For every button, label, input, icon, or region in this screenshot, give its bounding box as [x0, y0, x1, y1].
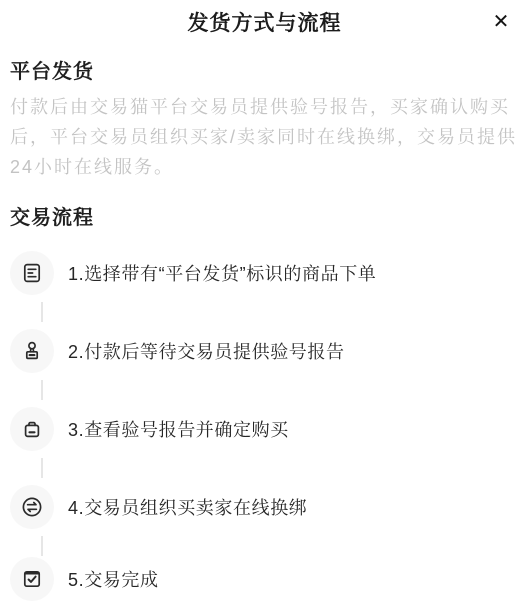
modal-content: 平台发货 付款后由交易猫平台交易员提供验号报告，买家确认购买后，平台交易员组织买…: [0, 58, 529, 612]
process-step-1: 1.选择带有“平台发货”标识的商品下单: [10, 234, 519, 312]
process-step-label: 5.交易完成: [68, 566, 159, 592]
swap-arrows-icon: [10, 485, 54, 529]
order-document-icon: [10, 251, 54, 295]
shipping-method-modal: 发货方式与流程 ✕ 平台发货 付款后由交易猫平台交易员提供验号报告，买家确认购买…: [0, 0, 529, 612]
check-square-icon: [10, 557, 54, 601]
process-step-2: 2.付款后等待交易员提供验号报告: [10, 312, 519, 390]
process-step-label: 3.查看验号报告并确定购买: [68, 416, 289, 442]
platform-shipping-heading: 平台发货: [10, 58, 519, 86]
process-step-3: 3.查看验号报告并确定购买: [10, 390, 519, 468]
stamp-icon: [10, 329, 54, 373]
process-step-4: 4.交易员组织买卖家在线换绑: [10, 468, 519, 546]
process-step-label: 4.交易员组织买卖家在线换绑: [68, 494, 307, 520]
process-step-5: 5.交易完成: [10, 546, 519, 612]
process-step-label: 2.付款后等待交易员提供验号报告: [68, 338, 345, 364]
process-steps-list: 1.选择带有“平台发货”标识的商品下单 2.付款后等待交易员提供验号报告: [10, 234, 519, 612]
modal-header: 发货方式与流程 ✕: [0, 0, 529, 40]
platform-shipping-description: 付款后由交易猫平台交易员提供验号报告，买家确认购买后，平台交易员组织买家/卖家同…: [10, 92, 519, 182]
shopping-bag-icon: [10, 407, 54, 451]
process-step-label: 1.选择带有“平台发货”标识的商品下单: [68, 260, 376, 286]
process-heading: 交易流程: [10, 204, 519, 232]
modal-title: 发货方式与流程: [0, 10, 529, 38]
close-icon[interactable]: ✕: [485, 6, 517, 38]
